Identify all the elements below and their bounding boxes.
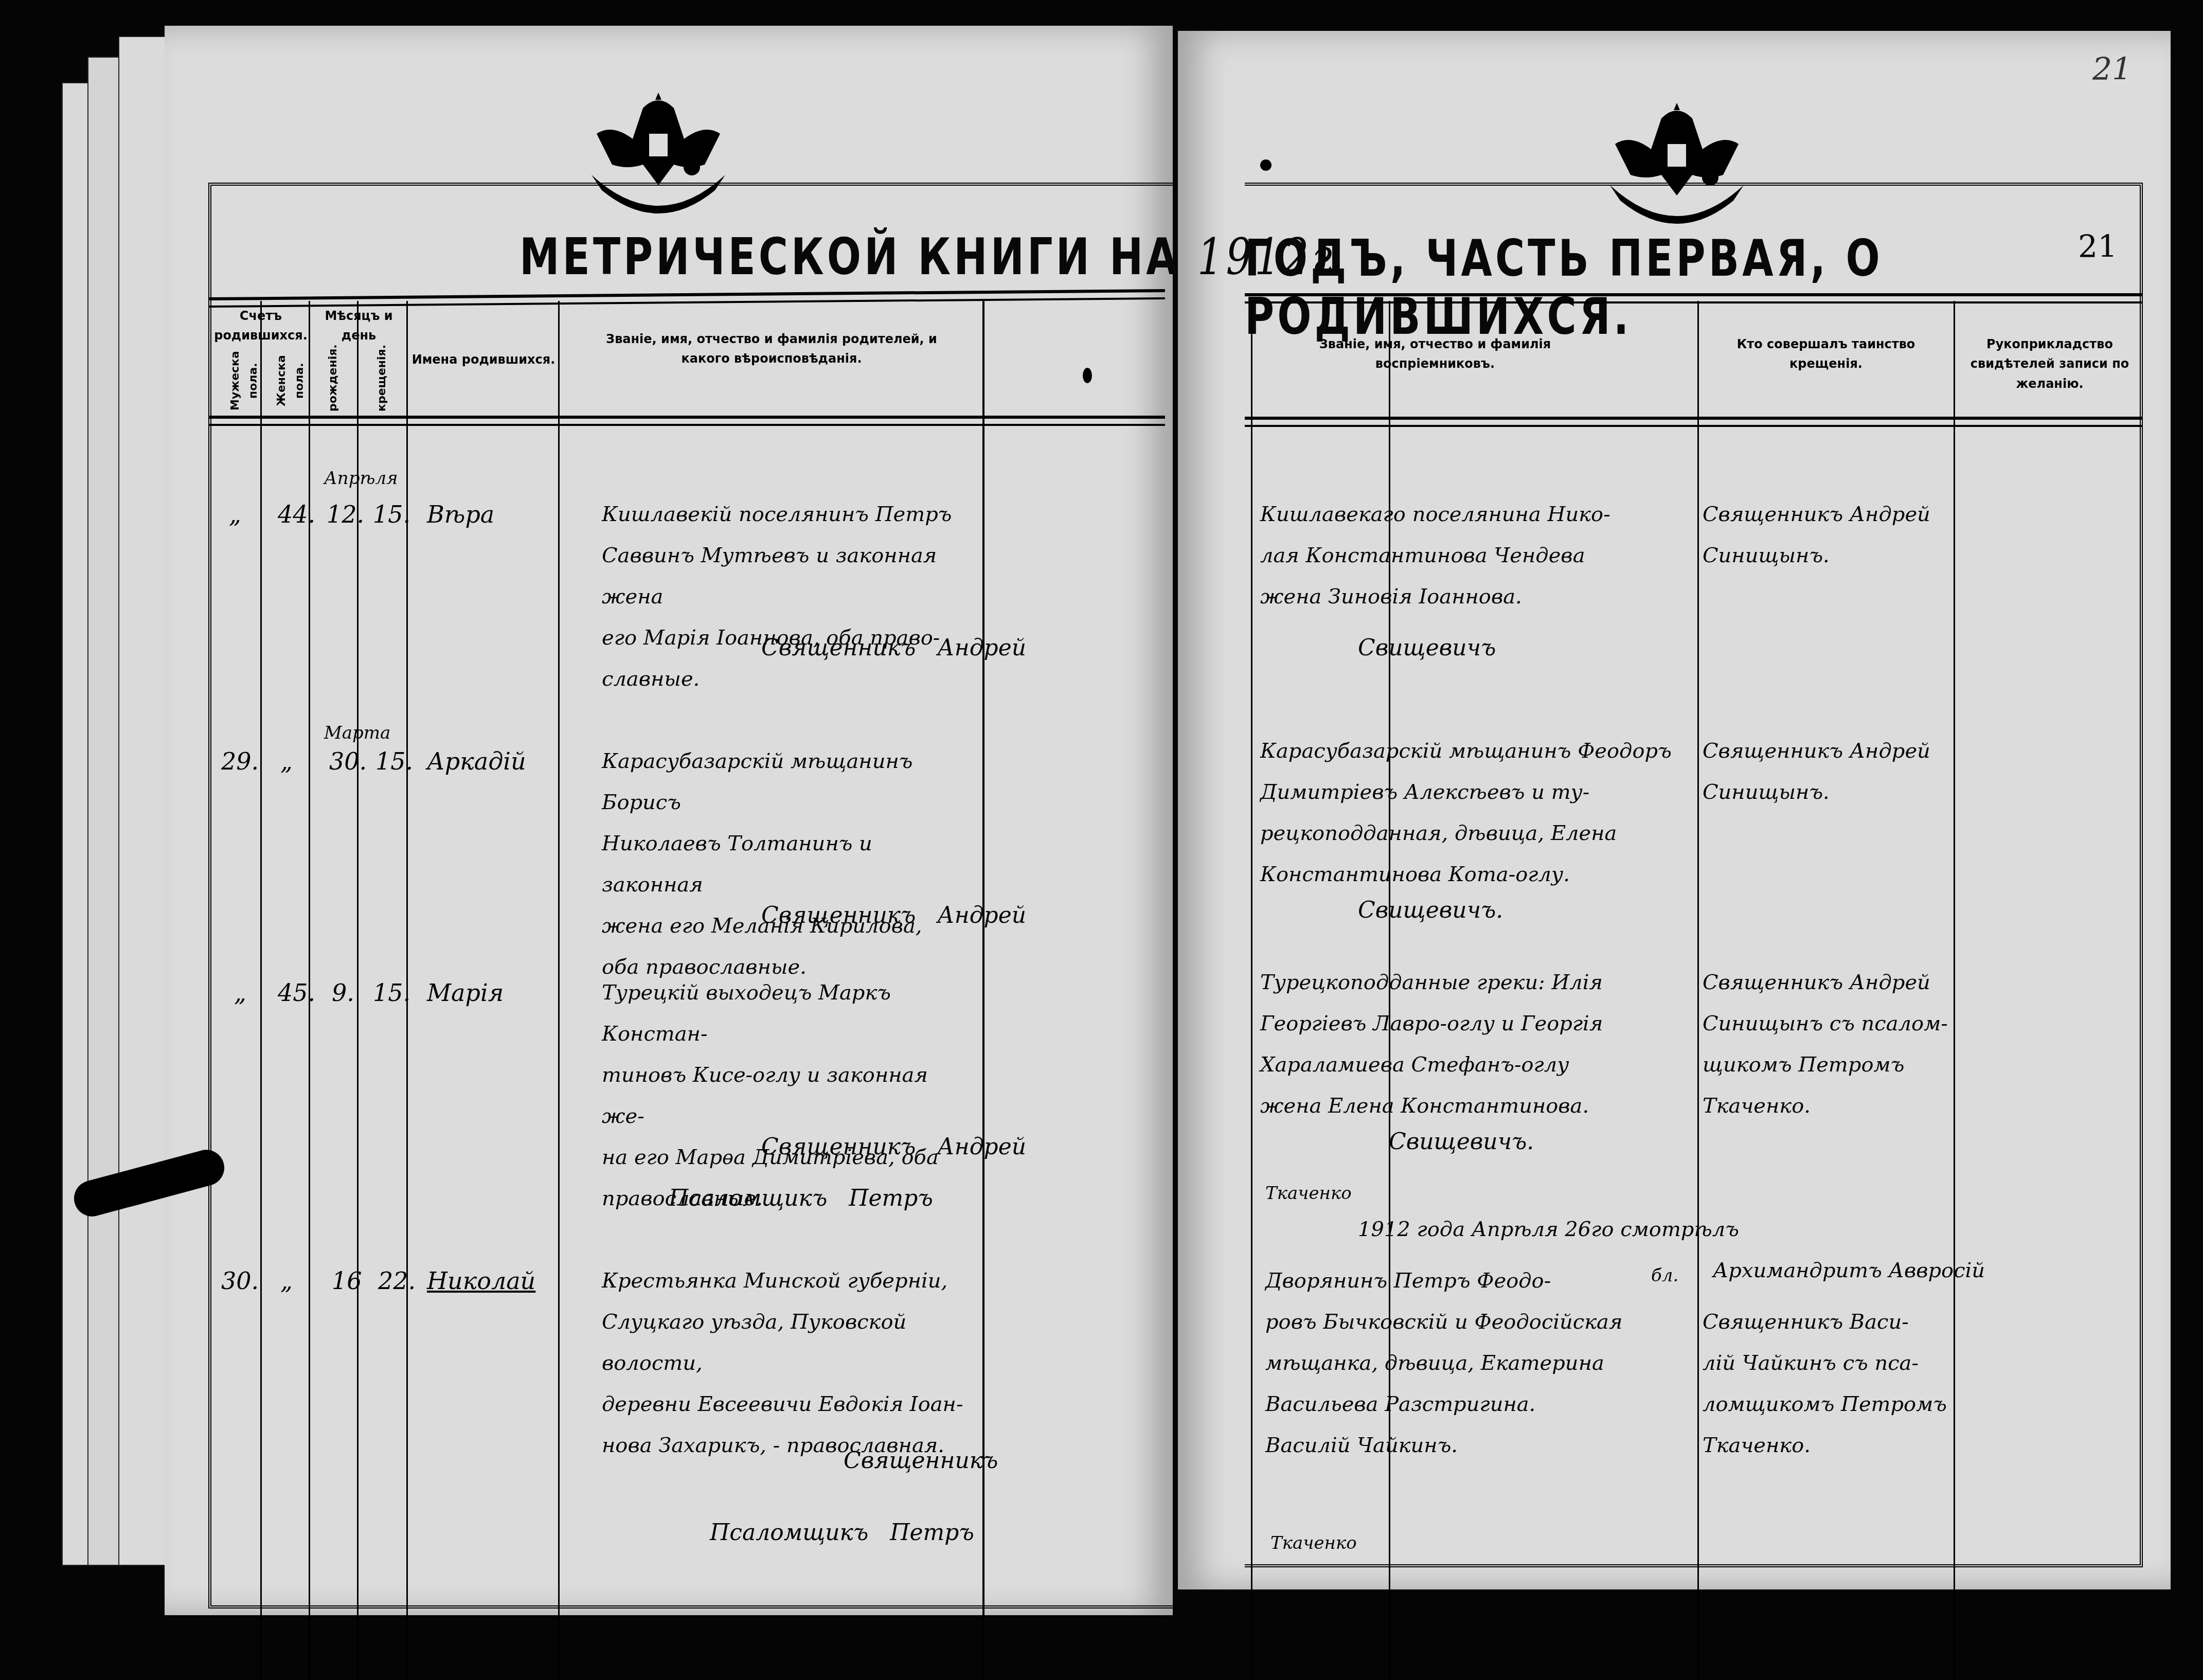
entry-4-female-no: „ xyxy=(280,1260,293,1301)
page-number-printed: 21 xyxy=(2078,229,2117,265)
entry-4-parents-signature-2: Псаломщикъ Петръ xyxy=(710,1512,974,1553)
page-title-left: МЕТРИЧЕСКОЙ КНИГИ НА 1912г xyxy=(520,228,1335,287)
entry-2-birth-day: 30. xyxy=(329,741,367,782)
entry-1-baptism-day: 15. xyxy=(373,494,410,535)
entry-2-godparents: Карасубазарскій мѣщанинъ Феодоръ Димитрі… xyxy=(1260,730,1692,895)
column-divider xyxy=(1697,301,1699,1680)
imperial-eagle-emblem-icon xyxy=(1600,98,1754,231)
ink-blot xyxy=(1260,159,1271,171)
entry-4-performer: Священникъ Васи- лій Чайкинъ съ пса- лом… xyxy=(1703,1301,1949,1466)
ink-blot xyxy=(1083,368,1092,383)
entry-4-parents: Крестьянка Минской губерніи, Слуцкаго уѣ… xyxy=(602,1260,972,1466)
entry-2-female-no: „ xyxy=(280,741,293,782)
header-witnesses: Рукоприкладство свидѣтелей записи по жел… xyxy=(1957,334,2142,394)
page-number-handwritten: 21 xyxy=(2092,51,2132,87)
entry-3-baptism-day: 15. xyxy=(373,972,410,1013)
entry-3-godparents: Турецкоподданные греки: Илія Георгіевъ Л… xyxy=(1260,962,1692,1127)
column-divider xyxy=(1251,301,1252,1680)
column-divider xyxy=(558,301,560,1680)
entry-3-parents-signature: Священникъ Андрей xyxy=(761,1127,1026,1168)
entry-3-name: Марія xyxy=(427,972,504,1013)
entry-2-parents: Карасубазарскій мѣщанинъ Борисъ Николаев… xyxy=(602,741,972,988)
entry-2-performer: Священникъ Андрей Синищынъ. xyxy=(1703,730,1949,813)
entry-1-female-no: 44. xyxy=(278,494,315,535)
column-divider xyxy=(260,301,262,1680)
header-date-group: Мѣсяцъ и день xyxy=(311,306,406,346)
entry-2-male-no: 29. xyxy=(221,741,259,782)
entry-2-name: Аркадій xyxy=(427,741,526,782)
header-bottom-rule xyxy=(1245,417,2142,427)
imperial-eagle-emblem-icon xyxy=(581,87,736,221)
entry-3-parents-signature-2: Псаломщикъ Петръ xyxy=(669,1178,933,1219)
entry-1-month: Апрѣля xyxy=(324,458,398,499)
entry-4-birth-day: 16 xyxy=(332,1260,362,1301)
title-text: МЕТРИЧЕСКОЙ КНИГИ НА xyxy=(520,228,1180,287)
header-count-female: Женска пола. xyxy=(273,350,309,412)
header-count-male: Мужеска пола. xyxy=(226,350,262,412)
header-names: Имена родившихся. xyxy=(409,350,558,369)
entry-1-godparents: Кишлавекаго поселянина Нико- лая Констан… xyxy=(1260,494,1692,617)
entry-4-godparents: Дворянинъ Петръ Феодо- ровъ Бычковскій и… xyxy=(1265,1260,1692,1466)
entry-4-godparents-note: бл. xyxy=(1651,1255,1678,1296)
entry-2-parents-signature: Священникъ Андрей xyxy=(761,895,1026,936)
entry-3-female-no: 45. xyxy=(278,972,315,1013)
entry-3-birth-day: 9. xyxy=(332,972,354,1013)
header-parents: Званіе, имя, отчество и фамилія родителе… xyxy=(586,329,957,369)
entry-1-godparents-signature: Свищевичъ xyxy=(1358,628,1496,669)
entry-1-male-no: „ xyxy=(229,494,241,535)
entry-4-godparents-signature: Ткаченко xyxy=(1270,1523,1357,1564)
entry-3-male-no: „ xyxy=(234,972,246,1013)
entry-2-godparents-signature: Свищевичъ. xyxy=(1358,890,1503,931)
column-divider xyxy=(1954,301,1955,1680)
entry-2-baptism-day: 15. xyxy=(375,741,413,782)
header-rule xyxy=(1245,293,2142,303)
entry-3-godparents-signature: Свищевичъ. xyxy=(1389,1121,1534,1163)
header-godparents: Званіе, имя, отчество и фамилія воспріем… xyxy=(1291,334,1579,374)
entry-1-parents-signature: Священникъ Андрей xyxy=(761,628,1026,669)
entry-4-annotation-2: Архимандритъ Аввросій xyxy=(1713,1250,2140,1291)
header-bottom-rule xyxy=(208,416,1165,426)
entry-1-performer: Священникъ Андрей Синищынъ. xyxy=(1703,494,1949,576)
entry-4-baptism-day: 22. xyxy=(378,1260,416,1301)
header-date-baptism: крещенія. xyxy=(373,355,391,412)
entry-4-parents-signature: Священникъ xyxy=(844,1440,998,1481)
entry-3-performer: Священникъ Андрей Синищынъ съ псалом- щи… xyxy=(1703,962,1949,1127)
header-performer: Кто совершалъ таинство крещенія. xyxy=(1703,334,1949,374)
header-count-group: Счетъ родившихся. xyxy=(212,306,310,346)
entry-1-birth-day: 12. xyxy=(327,494,364,535)
entry-1-parents: Кишлавекій поселянинъ Петръ Саввинъ Мутѣ… xyxy=(602,494,972,700)
header-date-birth: рожденія. xyxy=(324,355,342,412)
entry-4-name: Николай xyxy=(427,1260,535,1301)
entry-1-name: Вѣра xyxy=(427,494,494,535)
entry-4-annotation: 1912 года Апрѣля 26го смотрѣлъ xyxy=(1358,1209,2129,1250)
entry-3-godparents-signature-2: Ткаченко xyxy=(1265,1173,1352,1214)
entry-4-male-no: 30. xyxy=(221,1260,259,1301)
